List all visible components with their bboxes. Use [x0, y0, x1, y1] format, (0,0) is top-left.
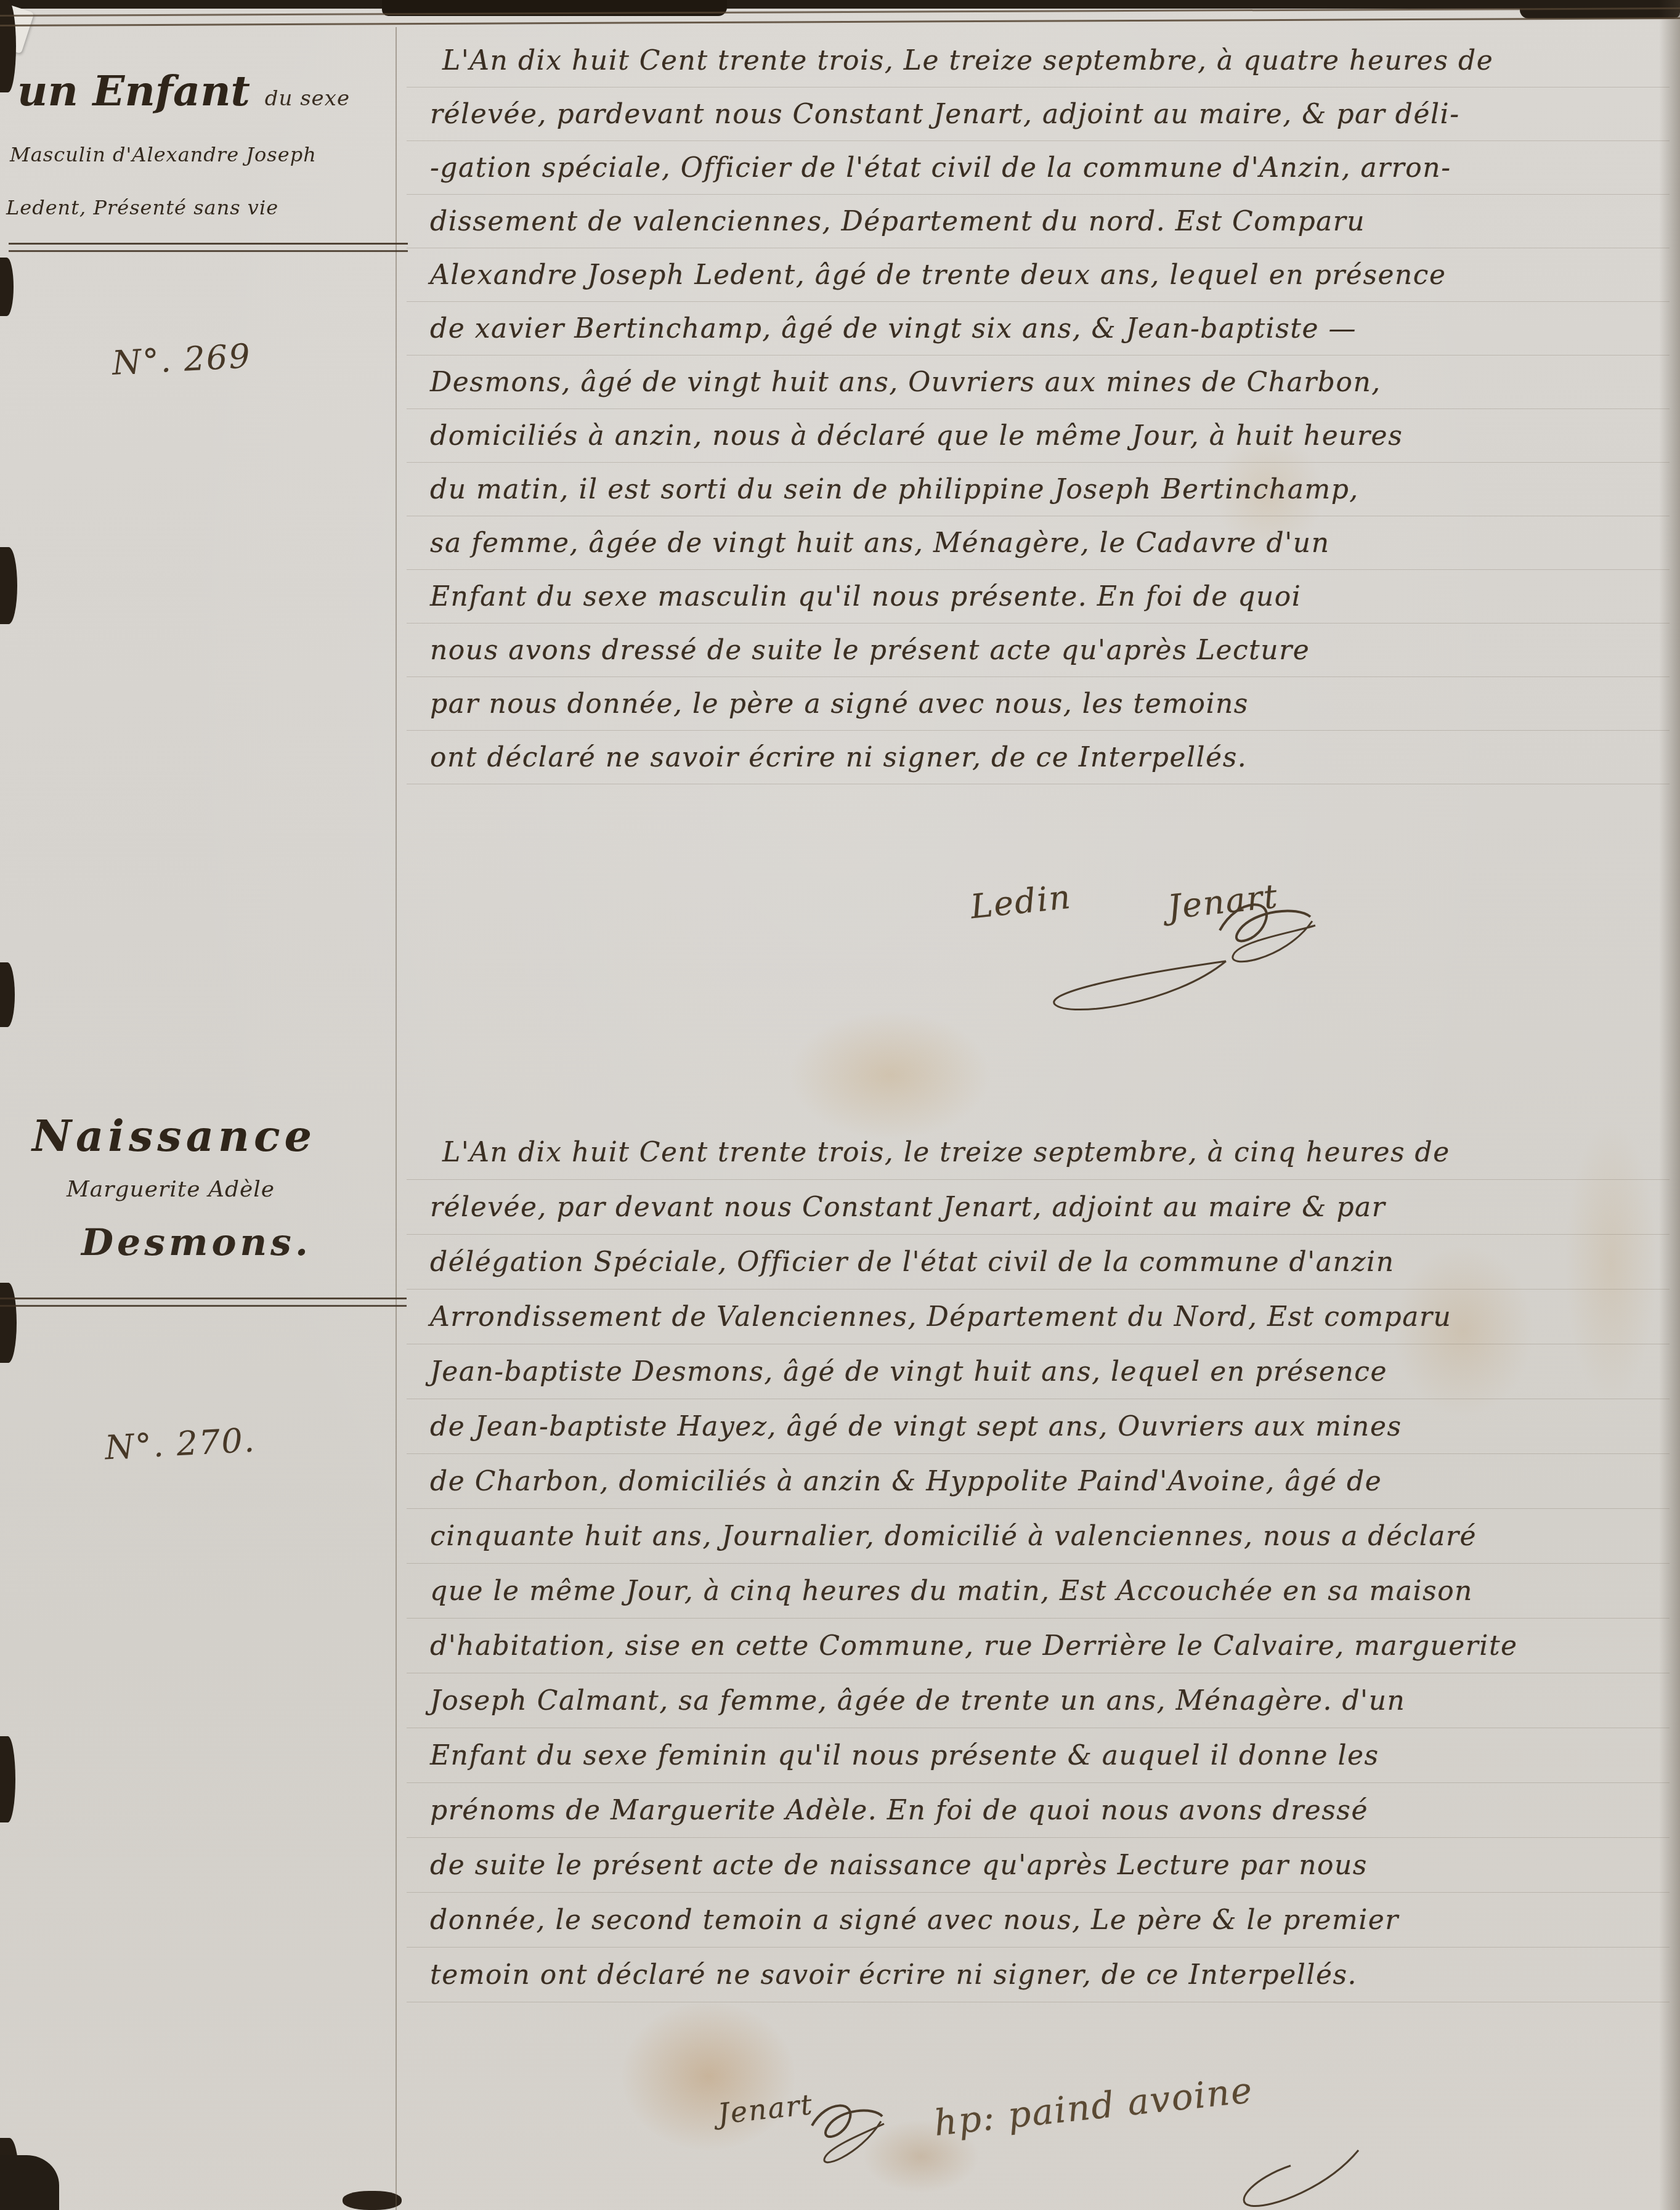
act-269-text-line: de xavier Bertinchamp, âgé de vingt six … [407, 302, 1670, 355]
act-269-margin-heading: un Enfant du sexe [17, 67, 350, 116]
act-270-text-line: que le même Jour, à cinq heures du matin… [407, 1564, 1670, 1619]
binding-shadow [0, 962, 15, 1027]
act-270-text: L'An dix huit Cent trente trois, le trei… [407, 1125, 1670, 2002]
act-270-margin-line: Desmons. [81, 1221, 312, 1264]
act-270-margin-title: Naissance [32, 1110, 316, 1161]
act-269-text-line: domiciliés à anzin, nous à déclaré que l… [407, 409, 1670, 463]
act-270-margin-rule [0, 1298, 407, 1307]
act-270-text-line: de Charbon, domiciliés à anzin & Hyppoli… [407, 1454, 1670, 1509]
book-edge-bottom-left [0, 2155, 59, 2210]
act-269-text-line: Desmons, âgé de vingt huit ans, Ouvriers… [407, 355, 1670, 409]
act-270-text-line: Joseph Calmant, sa femme, âgée de trente… [407, 1673, 1670, 1728]
registry-page-scan: un Enfant du sexe Masculin d'Alexandre J… [0, 0, 1680, 2210]
act-269-number: N°. 269 [112, 336, 253, 383]
act-270-text-line: temoin ont déclaré ne savoir écrire ni s… [407, 1948, 1670, 2002]
signature-flourish-icon [1041, 952, 1232, 1020]
act-270-text-line: cinquante huit ans, Journalier, domicili… [407, 1509, 1670, 1564]
act-269-text-line: Alexandre Joseph Ledent, âgé de trente d… [407, 248, 1670, 302]
act-270-text-line: délégation Spéciale, Officier de l'état … [407, 1235, 1670, 1290]
act-269-text-line: du matin, il est sorti du sein de philip… [407, 463, 1670, 516]
act-270-text-line: Jean-baptiste Desmons, âgé de vingt huit… [407, 1344, 1670, 1399]
act-270-signatures: Jenart hp: paind avoine [718, 2086, 1254, 2127]
signature-ledent: Ledin [968, 877, 1073, 927]
book-edge-bottom-smudge [343, 2191, 402, 2210]
act-270-text-line: Arrondissement de Valenciennes, Départem… [407, 1290, 1670, 1344]
act-270-text-line: de suite le présent acte de naissance qu… [407, 1838, 1670, 1893]
act-269-text-line: -gation spéciale, Officier de l'état civ… [407, 141, 1670, 195]
act-270-text-line: d'habitation, sise en cette Commune, rue… [407, 1619, 1670, 1673]
act-270-text-line: rélevée, par devant nous Constant Jenart… [407, 1180, 1670, 1235]
act-269-margin-rule [9, 243, 408, 252]
act-270-text-line: L'An dix huit Cent trente trois, le trei… [407, 1125, 1670, 1180]
act-269-text-line: dissement de valenciennes, Département d… [407, 195, 1670, 248]
act-269-text-line: Enfant du sexe masculin qu'il nous prése… [407, 570, 1670, 624]
act-270-number: N°. 270. [104, 1421, 257, 1468]
act-270-margin-line: Marguerite Adèle [67, 1177, 275, 1202]
signature-flourish-icon [1217, 2144, 1365, 2210]
act-269-text-line: nous avons dressé de suite le présent ac… [407, 624, 1670, 677]
act-270-text-line: Enfant du sexe feminin qu'il nous présen… [407, 1728, 1670, 1783]
act-269-margin-line: Ledent, Présenté sans vie [6, 196, 278, 219]
act-269-text-line: L'An dix huit Cent trente trois, Le trei… [407, 34, 1670, 87]
binding-shadow [0, 547, 17, 624]
act-269-text-line: sa femme, âgée de vingt huit ans, Ménagè… [407, 516, 1670, 570]
act-269-margin-title: un Enfant [17, 67, 250, 116]
act-269-text-line: rélevée, pardevant nous Constant Jenart,… [407, 87, 1670, 141]
paper-stain [789, 1010, 992, 1140]
paper-stain [622, 2002, 795, 2150]
act-269-text-line: par nous donnée, le père a signé avec no… [407, 677, 1670, 731]
act-269-text: L'An dix huit Cent trente trois, Le trei… [407, 34, 1670, 784]
act-269-margin: un Enfant du sexe Masculin d'Alexandre J… [0, 0, 407, 431]
act-270-margin: Naissance Marguerite Adèle Desmons. N°. … [0, 1084, 407, 1516]
act-270-text-line: donnée, le second temoin a signé avec no… [407, 1893, 1670, 1948]
act-269-margin-title-suffix: du sexe [265, 86, 350, 111]
signature-paindavoine: hp: paind avoine [932, 2069, 1255, 2144]
signature-paraph-icon [801, 2092, 893, 2184]
signature-jenart: Jenart [716, 2087, 815, 2131]
act-270-text-line: de Jean-baptiste Hayez, âgé de vingt sep… [407, 1399, 1670, 1454]
act-269-text-line: ont déclaré ne savoir écrire ni signer, … [407, 731, 1670, 784]
act-269-margin-line: Masculin d'Alexandre Joseph [10, 143, 317, 166]
binding-shadow [0, 1736, 15, 1822]
act-270-text-line: prénoms de Marguerite Adèle. En foi de q… [407, 1783, 1670, 1838]
act-270-margin-heading: Naissance [32, 1110, 316, 1161]
